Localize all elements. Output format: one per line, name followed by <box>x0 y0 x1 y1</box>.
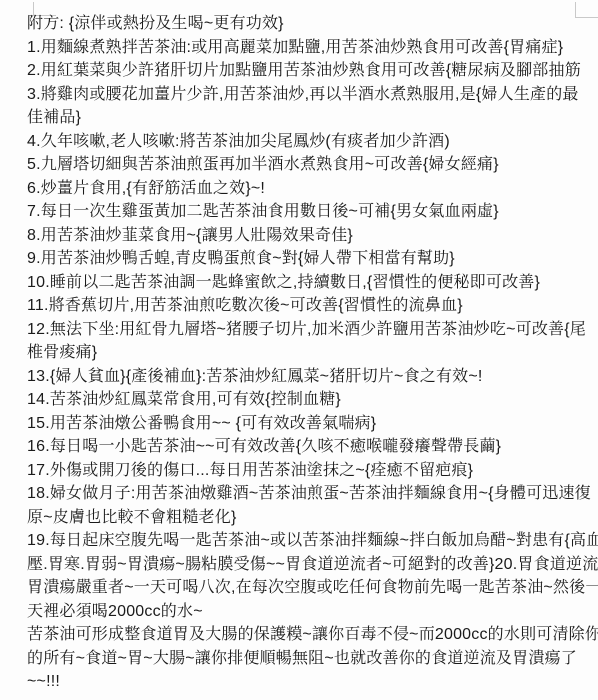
doc-line: 17.外傷或開刀後的傷口...每日用苦茶油塗抹之~{痊癒不留疤痕} <box>27 459 587 483</box>
doc-line: 胃潰瘍嚴重者~一天可喝八次,在每次空腹或吃任何食物前先喝一匙苦茶油~然後一 <box>27 576 587 600</box>
doc-line: 16.每日喝一小匙苦茶油~~可有效改善{久咳不癒喉嚨發癢聲帶長繭} <box>27 435 587 459</box>
doc-line: 4.久年咳嗽,老人咳嗽:將苦茶油加尖尾鳳炒(有痰者加少許酒) <box>27 130 587 154</box>
doc-line: 2.用紅葉菜與少許猪肝切片加點鹽用苦茶油炒熟食用可改善{糖尿病及腳部抽筋 <box>27 59 587 83</box>
doc-line: 天裡必須喝2000cc的水~ <box>27 600 587 624</box>
doc-line: 6.炒薑片食用,{有舒筋活血之效}~! <box>27 177 587 201</box>
doc-line: 19.每日起床空腹先喝一匙苦茶油~或以苦茶油拌麵線~拌白飯加烏醋~對患有{高血 <box>27 529 587 553</box>
doc-line: 12.無法下坐:用紅骨九層塔~猪腰子切片,加米酒少許鹽用苦茶油炒吃~可改善{尾 <box>27 318 587 342</box>
doc-line: 1.用麵線煮熟拌苦茶油:或用高麗菜加點鹽,用苦茶油炒熟食用可改善{胃痛症} <box>27 36 587 60</box>
doc-line: 13.{婦人貧血}{產後補血}:苦茶油炒紅鳳菜~猪肝切片~食之有效~! <box>27 365 587 389</box>
document-text: 附方: {涼伴或熱扮及生喝~更有功效} 1.用麵線煮熟拌苦茶油:或用高麗菜加點鹽… <box>27 12 587 694</box>
doc-line: 9.用苦茶油炒鴨舌蝗,青皮鴨蛋煎食~對{婦人帶下相當有幫助} <box>27 247 587 271</box>
doc-line: 14.苦茶油炒紅鳳菜常食用,可有效{控制血糖} <box>27 388 587 412</box>
doc-line: 的所有~食道~胃~大腸~讓你排便順暢無阻~也就改善你的食道逆流及胃潰瘍了 <box>27 647 587 671</box>
doc-line: 壓.胃寒.胃弱~胃潰瘍~腸粘膜受傷~~胃食道逆流者~可絕對的改善}20.胃食道逆… <box>27 553 587 577</box>
document-page: 附方: {涼伴或熱扮及生喝~更有功效} 1.用麵線煮熟拌苦茶油:或用高麗菜加點鹽… <box>0 0 598 700</box>
doc-line: 18.婦女做月子:用苦茶油燉雞酒~苦茶油煎蛋~苦茶油拌麵線食用~{身體可迅速復 <box>27 482 587 506</box>
doc-line: 15.用苦茶油燉公番鴨食用~~ {可有效改善氣喘病} <box>27 412 587 436</box>
doc-line: 3.將雞肉或腰花加薑片少許,用苦茶油炒,再以半酒水煮熟服用,是{婦人生產的最 <box>27 83 587 107</box>
doc-line: 佳補品} <box>27 106 587 130</box>
doc-line: 原~皮膚也比較不會粗糙老化} <box>27 506 587 530</box>
doc-line: 苦茶油可形成整食道胃及大腸的保護糢~讓你百毒不侵~而2000cc的水則可清除你 <box>27 623 587 647</box>
doc-line: 7.每日一次生雞蛋黃加二匙苦茶油食用數日後~可補{男女氣血兩虛} <box>27 200 587 224</box>
doc-line: ~~!!! <box>27 670 587 694</box>
doc-line: 8.用苦茶油炒韮菜食用~{讓男人壯陽效果奇佳} <box>27 224 587 248</box>
doc-header-line: 附方: {涼伴或熱扮及生喝~更有功效} <box>27 12 587 36</box>
doc-line: 5.九層塔切細與苦茶油煎蛋再加半酒水煮熟食用~可改善{婦女經痛} <box>27 153 587 177</box>
doc-line: 10.睡前以二匙苦茶油調一匙蜂蜜飲之,持續數日,{習慣性的便秘即可改善} <box>27 271 587 295</box>
doc-line: 11.將香蕉切片,用苦茶油煎吃數次後~可改善{習慣性的流鼻血} <box>27 294 587 318</box>
doc-line: 椎骨痠痛} <box>27 341 587 365</box>
